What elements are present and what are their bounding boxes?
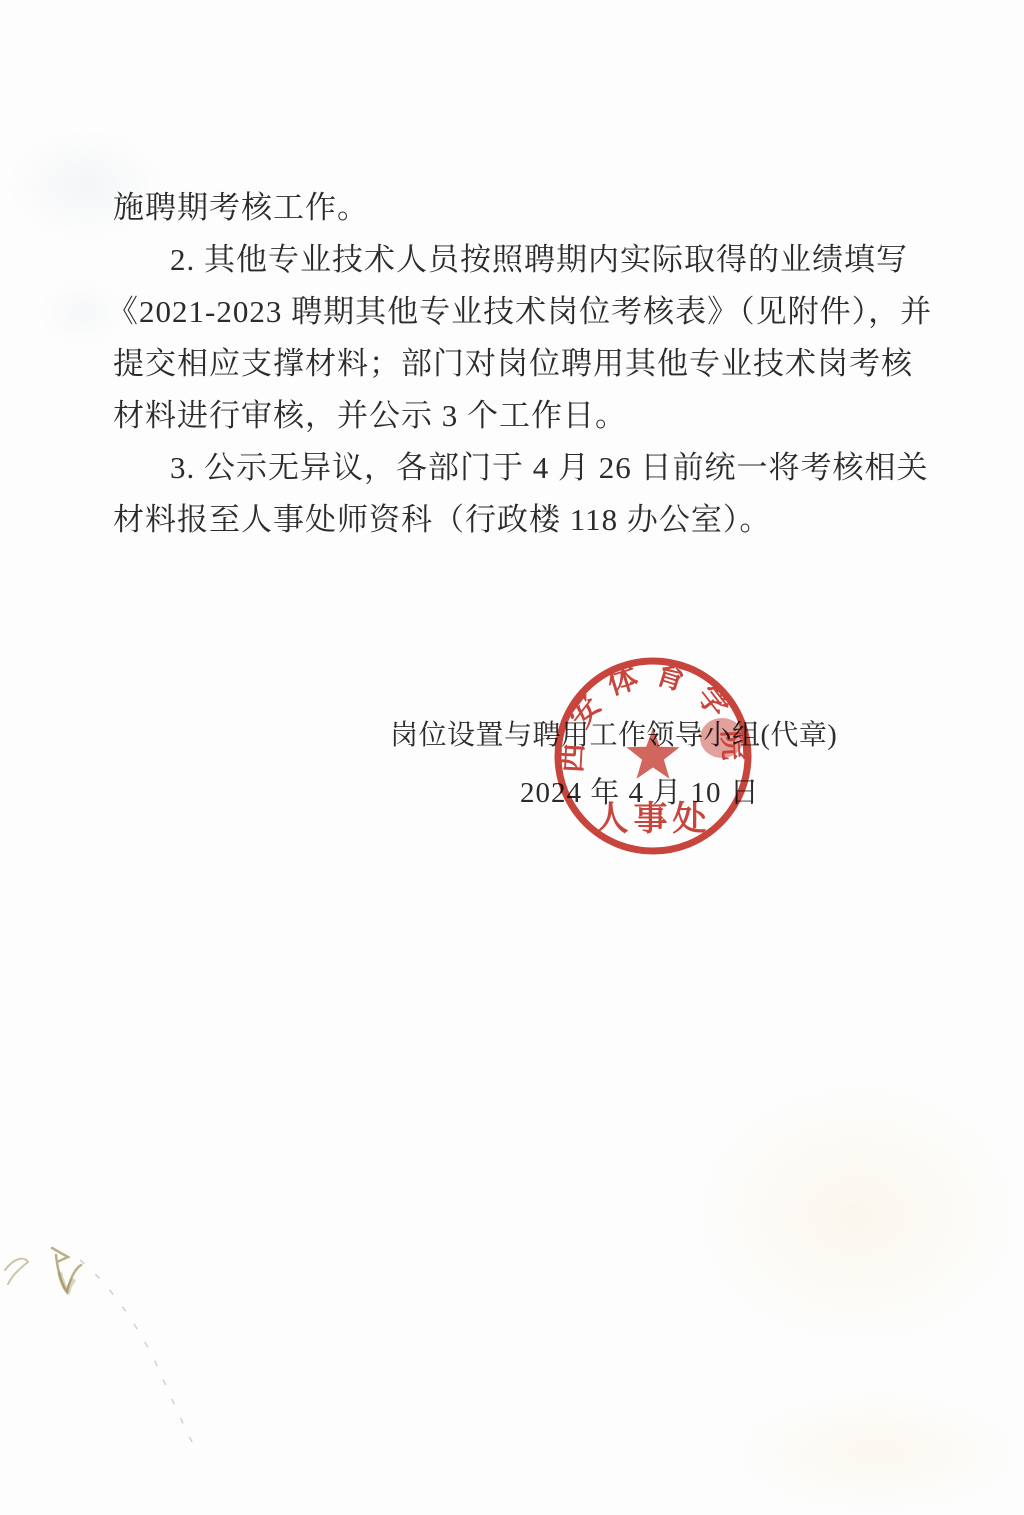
body-line: 2. 其他专业技术人员按照聘期内实际取得的业绩填写 [113,234,903,286]
body-line: 《2021-2023 聘期其他专业技术岗位考核表》（见附件），并 [107,286,903,338]
scratch-squiggle [5,1259,28,1284]
seal-bottom-text: 人事处 [595,800,712,838]
scanned-document-page: 施聘期考核工作。 2. 其他专业技术人员按照聘期内实际取得的业绩填写 《2021… [0,0,1024,1515]
body-line: 施聘期考核工作。 [113,182,903,234]
scratch-check-heavy [60,1274,73,1291]
body-line: 提交相应支撑材料；部门对岗位聘用其他专业技术岗考核 [113,338,903,390]
document-body: 施聘期考核工作。 2. 其他专业技术人员按照聘期内实际取得的业绩填写 《2021… [113,182,903,546]
scratch-dash-trail [80,1260,192,1442]
body-line: 3. 公示无异议，各部门于 4 月 26 日前统一将考核相关 [113,442,903,494]
seal-ink-blob [700,718,744,758]
official-seal: 西安体育学院 人事处 [549,652,757,860]
paper-stain [690,1080,1024,1350]
pencil-scratches [0,1220,260,1470]
red-star-icon [626,728,679,779]
scratch-check [52,1248,81,1292]
body-line: 材料进行审核，并公示 3 个工作日。 [113,390,903,442]
paper-stain [730,1390,1024,1515]
body-line: 材料报至人事处师资科（行政楼 118 办公室）。 [113,494,903,546]
